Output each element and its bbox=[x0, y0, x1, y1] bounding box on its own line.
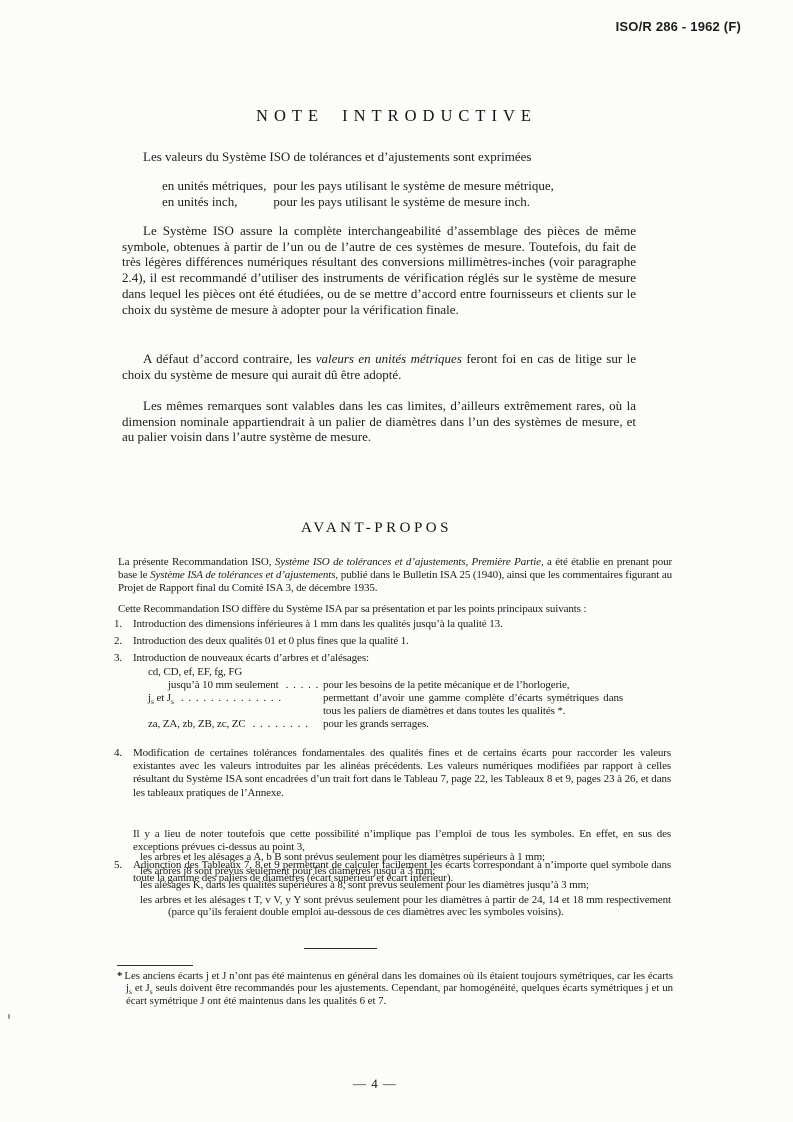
note-paragraph-interchangeability: Le Système ISO assure la complète interc… bbox=[122, 223, 636, 317]
sub-item-alesages-K: les alésages K, dans les qualités supéri… bbox=[114, 879, 671, 891]
spec-za-description: pour les grands serrages. bbox=[323, 718, 623, 731]
spec-jusqua-label: jusqu’à 10 mm seulement. . . . . bbox=[148, 679, 323, 692]
item-2-number: 2. bbox=[114, 635, 122, 648]
spec-js-et: et J bbox=[154, 692, 171, 704]
section-end-rule bbox=[304, 948, 377, 949]
scan-artifact bbox=[8, 1014, 10, 1019]
spec-js-symbols: js et Js. . . . . . . . . . . . . . bbox=[148, 692, 323, 705]
spec-row-za: za, ZA, zb, ZB, zc, ZC. . . . . . . . po… bbox=[148, 718, 671, 731]
item-5-note: Il y a lieu de noter toutefois que cette… bbox=[114, 828, 671, 854]
note-p3-prefix: A défaut d’accord contraire, les bbox=[143, 351, 316, 366]
spec-cd-symbols: cd, CD, ef, EF, fg, FG bbox=[148, 666, 323, 679]
avant-paragraph-differe: Cette Recommandation ISO diffère du Syst… bbox=[118, 603, 672, 616]
spec-row-js: js et Js. . . . . . . . . . . . . . perm… bbox=[148, 692, 671, 718]
footnote-text: *Les anciens écarts j et J n’ont pas été… bbox=[117, 970, 673, 1007]
dotted-leader: . . . . . . . . . . . . . . bbox=[174, 692, 282, 704]
item-1-text: Introduction des dimensions inférieures … bbox=[133, 618, 503, 630]
item-4-number: 4. bbox=[114, 747, 122, 760]
footnote-t3: seuls doivent être recommandés pour les … bbox=[126, 982, 673, 1006]
list-item-1: 1. Introduction des dimensions inférieur… bbox=[114, 618, 671, 631]
footnote-rule bbox=[117, 965, 193, 966]
note-p3-italic: valeurs en unités métriques bbox=[316, 351, 462, 366]
item-3-number: 3. bbox=[114, 652, 122, 665]
document-page: { "page": { "ref": "ISO/R 286 - 1962 (F)… bbox=[0, 0, 793, 1122]
avant-items-1-3: 1. Introduction des dimensions inférieur… bbox=[114, 618, 671, 731]
avant-propos-title: AVANT-PROPOS bbox=[0, 520, 773, 537]
spec-za-symbols: za, ZA, zb, ZB, zc, ZC. . . . . . . . bbox=[148, 718, 323, 731]
sub-item-arbres-tT: les arbres et les alésages t T, v V, y Y… bbox=[114, 894, 671, 918]
page-number: — 4 — bbox=[0, 1076, 750, 1092]
header-reference: ISO/R 286 - 1962 (F) bbox=[616, 19, 741, 34]
dotted-leader: . . . . . bbox=[279, 679, 320, 691]
avant-paragraph-intro: La présente Recommandation ISO, Système … bbox=[118, 556, 672, 596]
units-inch-text: pour les pays utilisant le système de me… bbox=[273, 194, 554, 210]
list-item-4: 4. Modification de certaines tolérances … bbox=[114, 747, 671, 800]
note-introductive-title: NOTE INTRODUCTIVE bbox=[0, 106, 793, 126]
avant-p1-italic-isa: Système ISA de tolérances et d’ajustemen… bbox=[150, 569, 335, 581]
avant-p1-t1: La présente Recommandation ISO, bbox=[118, 556, 275, 568]
units-row-metric: en unités métriques, pour les pays utili… bbox=[162, 178, 554, 194]
item-3-text: Introduction de nouveaux écarts d’arbres… bbox=[133, 652, 369, 664]
deviation-spec-table: cd, CD, ef, EF, fg, FG jusqu’à 10 mm seu… bbox=[148, 666, 671, 731]
footnote-t2: et J bbox=[132, 982, 150, 994]
footnote: *Les anciens écarts j et J n’ont pas été… bbox=[117, 965, 673, 1007]
sub-item-arbres-aA: les arbres et les alésages a A, b B sont… bbox=[114, 851, 671, 863]
note-paragraph-litige: A défaut d’accord contraire, les valeurs… bbox=[122, 351, 636, 382]
units-metric-text: pour les pays utilisant le système de me… bbox=[273, 178, 554, 194]
exception-sub-items: les arbres et les alésages a A, b B sont… bbox=[114, 851, 671, 918]
spec-js-description: permettant d’avoir une gamme complète d’… bbox=[323, 692, 623, 718]
list-item-2: 2. Introduction des deux qualités 01 et … bbox=[114, 635, 671, 648]
avant-p1-italic-iso: Système ISO de tolérances et d’ajustemen… bbox=[275, 556, 541, 568]
units-metric-label: en unités métriques, bbox=[162, 178, 273, 194]
units-inch-label: en unités inch, bbox=[162, 194, 273, 210]
units-table: en unités métriques, pour les pays utili… bbox=[162, 178, 554, 209]
spec-row-cd: cd, CD, ef, EF, fg, FG bbox=[148, 666, 671, 679]
sub-item-arbres-j8: les arbres j8 sont prévus seulement pour… bbox=[114, 865, 671, 877]
item-2-text: Introduction des deux qualités 01 et 0 p… bbox=[133, 635, 409, 647]
spec-za-text: za, ZA, zb, ZB, zc, ZC bbox=[148, 718, 246, 730]
dotted-leader: . . . . . . . . bbox=[246, 718, 309, 730]
item-4-text: Modification de certaines tolérances fon… bbox=[133, 747, 671, 799]
note-paragraph-limites: Les mêmes remarques sont valables dans l… bbox=[122, 398, 636, 445]
spec-jusqua-description: pour les besoins de la petite mécanique … bbox=[323, 679, 623, 692]
spec-row-jusqua: jusqu’à 10 mm seulement. . . . . pour le… bbox=[148, 679, 671, 692]
list-item-3: 3. Introduction de nouveaux écarts d’arb… bbox=[114, 652, 671, 665]
item-1-number: 1. bbox=[114, 618, 122, 631]
spec-jusqua-text: jusqu’à 10 mm seulement bbox=[168, 679, 279, 691]
units-row-inch: en unités inch, pour les pays utilisant … bbox=[162, 194, 554, 210]
note-paragraph-lead: Les valeurs du Système ISO de tolérances… bbox=[143, 149, 663, 165]
